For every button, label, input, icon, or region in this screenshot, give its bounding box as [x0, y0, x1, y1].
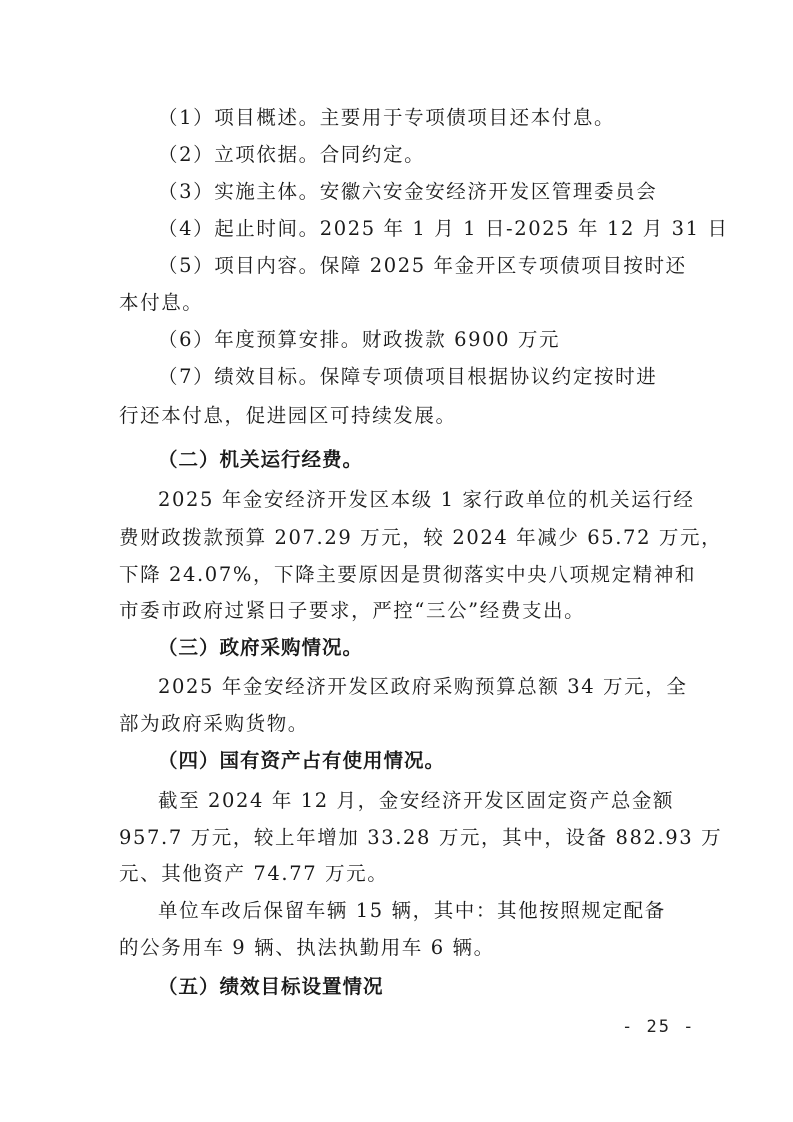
paragraph-line: 2025 年金安经济开发区本级 1 家行政单位的机关运行经: [158, 488, 718, 512]
project-overview: （1）项目概述。主要用于专项债项目还本付息。: [158, 106, 718, 130]
project-implementer: （3）实施主体。安徽六安金安经济开发区管理委员会: [158, 180, 718, 204]
paragraph-line: 的公务用车 9 辆、执法执勤用车 6 辆。: [119, 936, 679, 960]
project-basis: （2）立项依据。合同约定。: [158, 143, 718, 167]
paragraph-line: 截至 2024 年 12 月，金安经济开发区固定资产总金额: [158, 789, 718, 813]
project-period: （4）起止时间。2025 年 1 月 1 日-2025 年 12 月 31 日: [158, 217, 718, 241]
paragraph-line: 单位车改后保留车辆 15 辆，其中：其他按照规定配备: [158, 899, 718, 923]
paragraph-line: 元、其他资产 74.77 万元。: [119, 862, 679, 886]
page-number: - 25 -: [622, 1017, 695, 1037]
paragraph-line: 2025 年金安经济开发区政府采购预算总额 34 万元，全: [158, 675, 718, 699]
performance-goal-line-2: 行还本付息，促进园区可持续发展。: [119, 404, 679, 428]
project-content-line-2: 本付息。: [119, 291, 679, 315]
paragraph-line: 费财政拨款预算 207.29 万元，较 2024 年减少 65.72 万元，: [119, 526, 679, 550]
paragraph-line: 下降 24.07%，下降主要原因是贯彻落实中央八项规定精神和: [119, 563, 679, 587]
section-heading-state-assets: （四）国有资产占有使用情况。: [158, 749, 718, 773]
section-heading-operating-costs: （二）机关运行经费。: [158, 448, 718, 472]
annual-budget: （6）年度预算安排。财政拨款 6900 万元: [158, 328, 718, 352]
paragraph-line: 部为政府采购货物。: [119, 712, 679, 736]
paragraph-line: 957.7 万元，较上年增加 33.28 万元，其中，设备 882.93 万: [119, 826, 679, 850]
paragraph-line: 市委市政府过紧日子要求，严控“三公”经费支出。: [119, 599, 679, 623]
section-heading-performance-targets: （五）绩效目标设置情况: [158, 975, 718, 999]
performance-goal-line-1: （7）绩效目标。保障专项债项目根据协议约定按时进: [158, 365, 718, 389]
document-page: （1）项目概述。主要用于专项债项目还本付息。 （2）立项依据。合同约定。 （3）…: [0, 0, 793, 1122]
section-heading-procurement: （三）政府采购情况。: [158, 636, 718, 660]
project-content-line-1: （5）项目内容。保障 2025 年金开区专项债项目按时还: [158, 254, 718, 278]
